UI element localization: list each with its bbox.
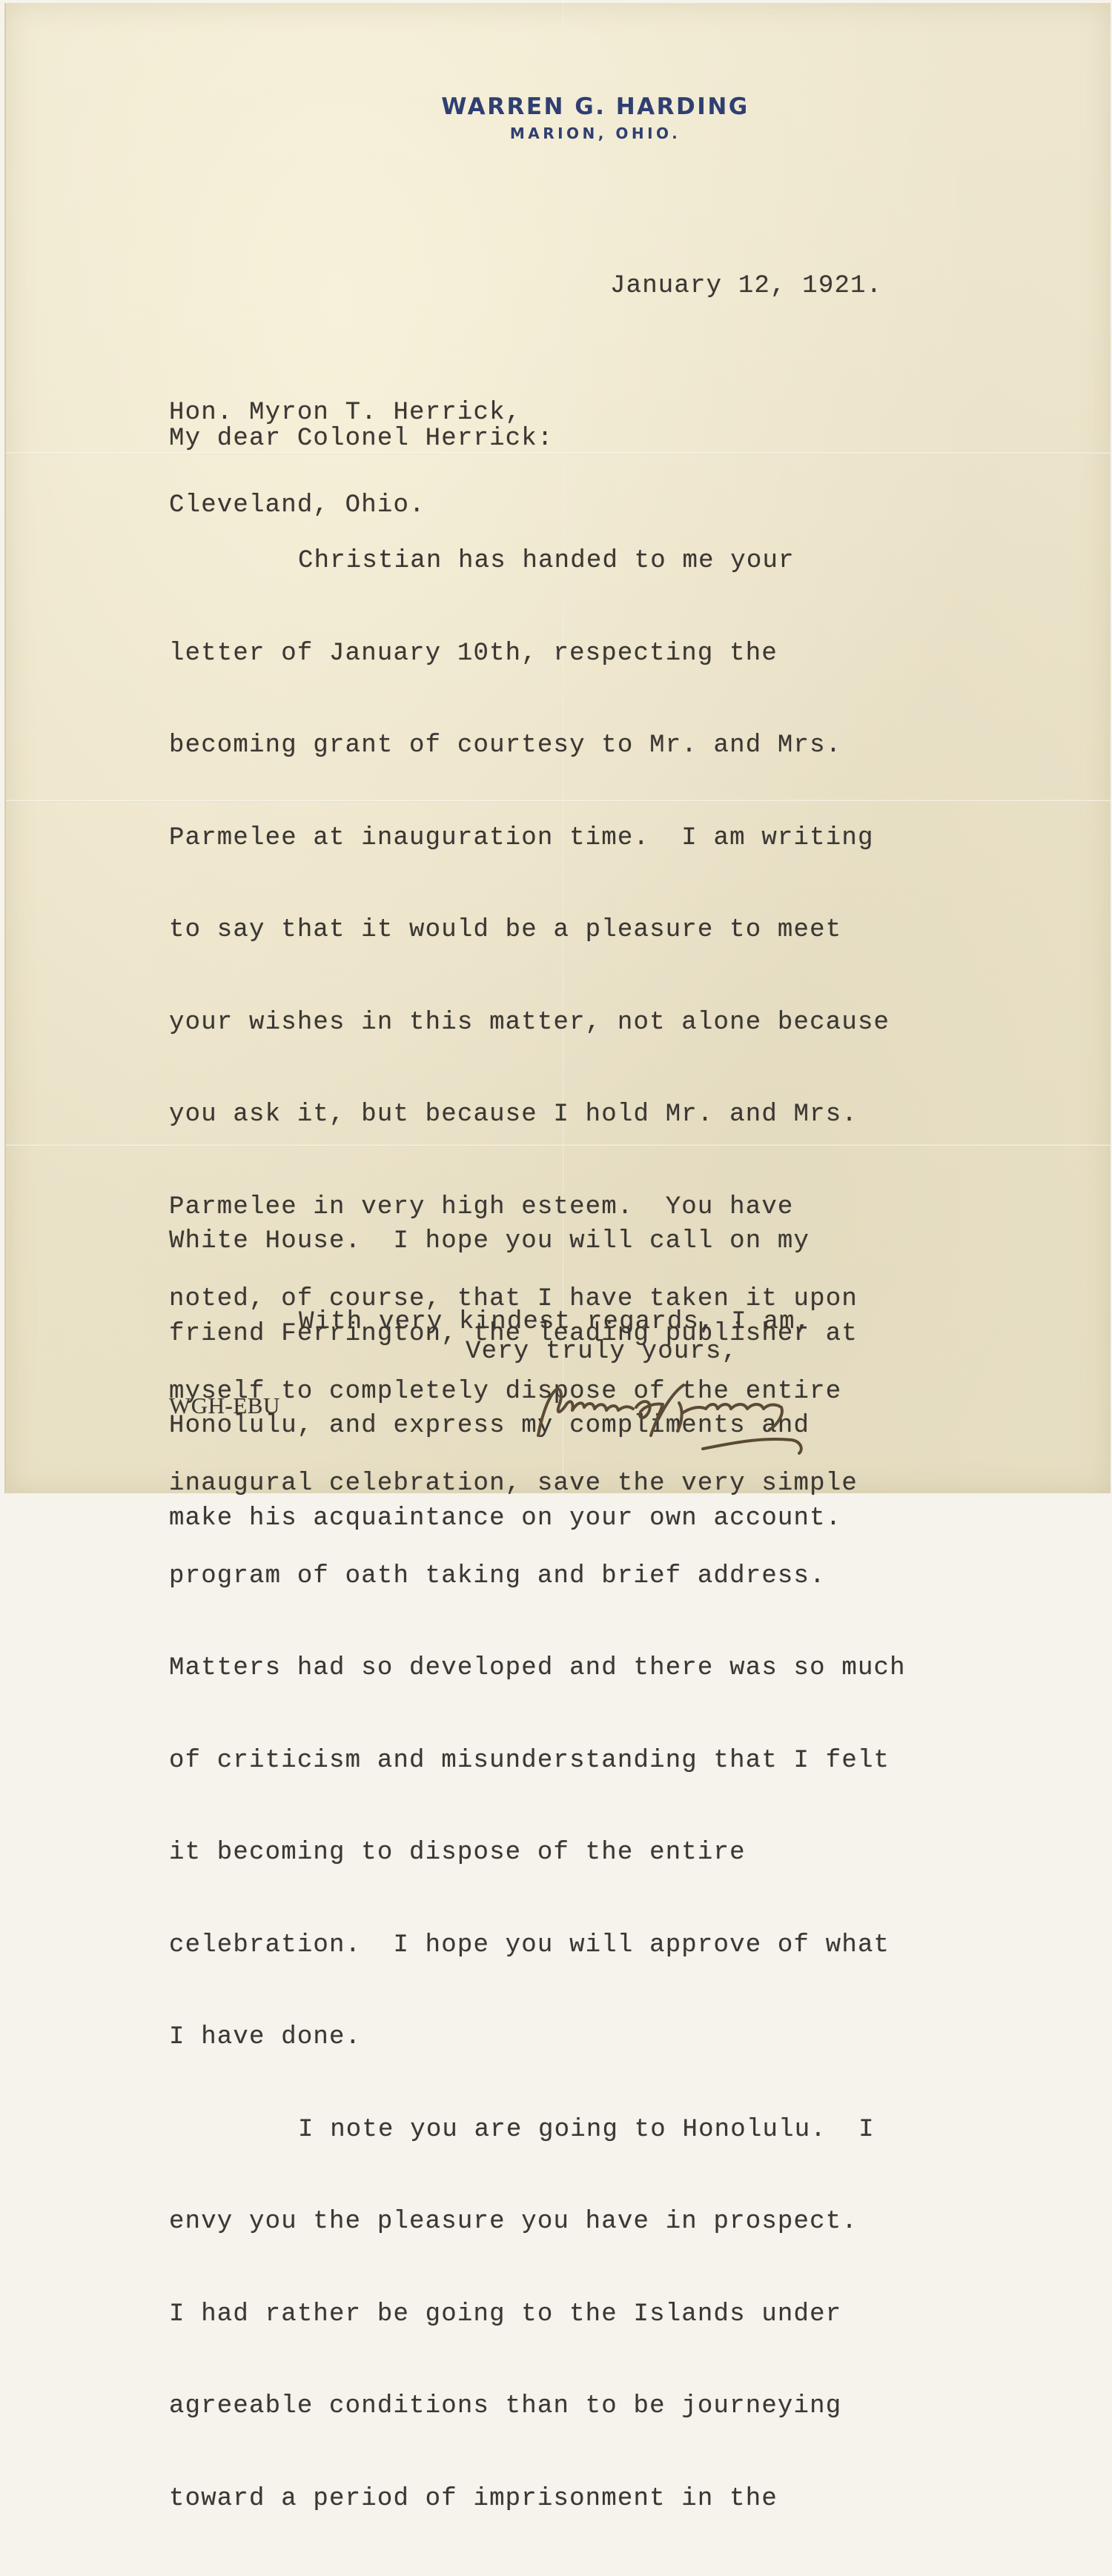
closing-valediction: Very truly yours, [466, 1337, 738, 1368]
signature-icon [525, 1378, 1096, 1467]
body-line: to say that it would be a pleasure to me… [169, 915, 906, 946]
letterhead-place: MARION, OHIO. [80, 125, 1111, 142]
body-line: Parmelee at inauguration time. I am writ… [169, 823, 906, 854]
letter-page: WARREN G. HARDING MARION, OHIO. January … [4, 3, 1111, 1493]
letterhead: WARREN G. HARDING MARION, OHIO. [6, 93, 1111, 142]
body-line: you ask it, but because I hold Mr. and M… [169, 1100, 906, 1131]
body-line: Christian has handed to me your [169, 546, 906, 577]
letter-date: January 12, 1921. [610, 271, 882, 302]
body-line: your wishes in this matter, not alone be… [169, 1008, 906, 1039]
body-line: becoming grant of courtesy to Mr. and Mr… [169, 731, 906, 762]
reference-initials: WGH-EBU [169, 1390, 280, 1421]
body-line: White House. I hope you will call on my [169, 1226, 858, 1258]
salutation: My dear Colonel Herrick: [169, 424, 553, 455]
closing-regards: With very kindest regards, I am, [299, 1307, 811, 1338]
body-line: letter of January 10th, respecting the [169, 639, 906, 670]
letterhead-name: WARREN G. HARDING [80, 93, 1111, 120]
